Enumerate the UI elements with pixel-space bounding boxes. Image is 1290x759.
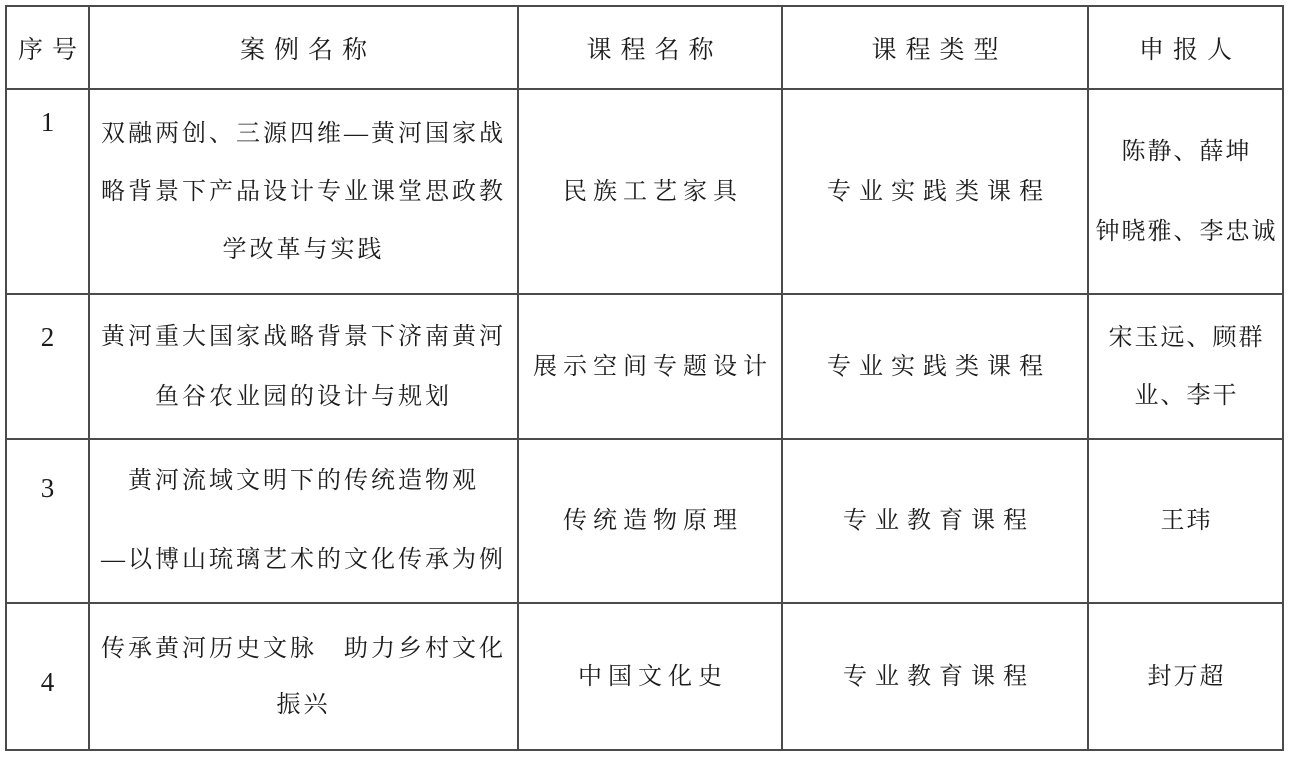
cell-course-name: 中国文化史 xyxy=(519,604,783,749)
cell-course-type: 专业实践类课程 xyxy=(783,295,1089,440)
cases-table: 序号 案例名称 课程名称 课程类型 申报人 1 双融两创、三源四维—黄河国家战 … xyxy=(5,5,1284,751)
header-course-name: 课程名称 xyxy=(519,7,783,90)
cell-number: 4 xyxy=(7,604,90,749)
cell-course-name: 展示空间专题设计 xyxy=(519,295,783,440)
header-applicant: 申报人 xyxy=(1089,7,1282,90)
cell-case-name: 黄河流域文明下的传统造物观 —以博山琉璃艺术的文化传承为例 xyxy=(90,440,519,604)
cell-course-type: 专业实践类课程 xyxy=(783,90,1089,295)
cell-case-name: 双融两创、三源四维—黄河国家战 略背景下产品设计专业课堂思政教 学改革与实践 xyxy=(90,90,519,295)
cell-number: 1 xyxy=(7,90,90,295)
cell-applicant: 封万超 xyxy=(1089,604,1282,749)
cell-case-name: 传承黄河历史文脉 助力乡村文化 振兴 xyxy=(90,604,519,749)
cell-number: 2 xyxy=(7,295,90,440)
header-course-type: 课程类型 xyxy=(783,7,1089,90)
cell-course-type: 专业教育课程 xyxy=(783,604,1089,749)
cell-course-type: 专业教育课程 xyxy=(783,440,1089,604)
cell-applicant: 王玮 xyxy=(1089,440,1282,604)
cell-applicant: 陈静、薛坤 钟晓雅、李忠诚 xyxy=(1089,90,1282,295)
header-case-name: 案例名称 xyxy=(90,7,519,90)
cell-applicant: 宋玉远、顾群 业、李干 xyxy=(1089,295,1282,440)
cell-course-name: 传统造物原理 xyxy=(519,440,783,604)
cell-course-name: 民族工艺家具 xyxy=(519,90,783,295)
cell-case-name: 黄河重大国家战略背景下济南黄河 鱼谷农业园的设计与规划 xyxy=(90,295,519,440)
cell-number: 3 xyxy=(7,440,90,604)
document-page: 序号 案例名称 课程名称 课程类型 申报人 1 双融两创、三源四维—黄河国家战 … xyxy=(0,0,1290,759)
header-number: 序号 xyxy=(7,7,90,90)
